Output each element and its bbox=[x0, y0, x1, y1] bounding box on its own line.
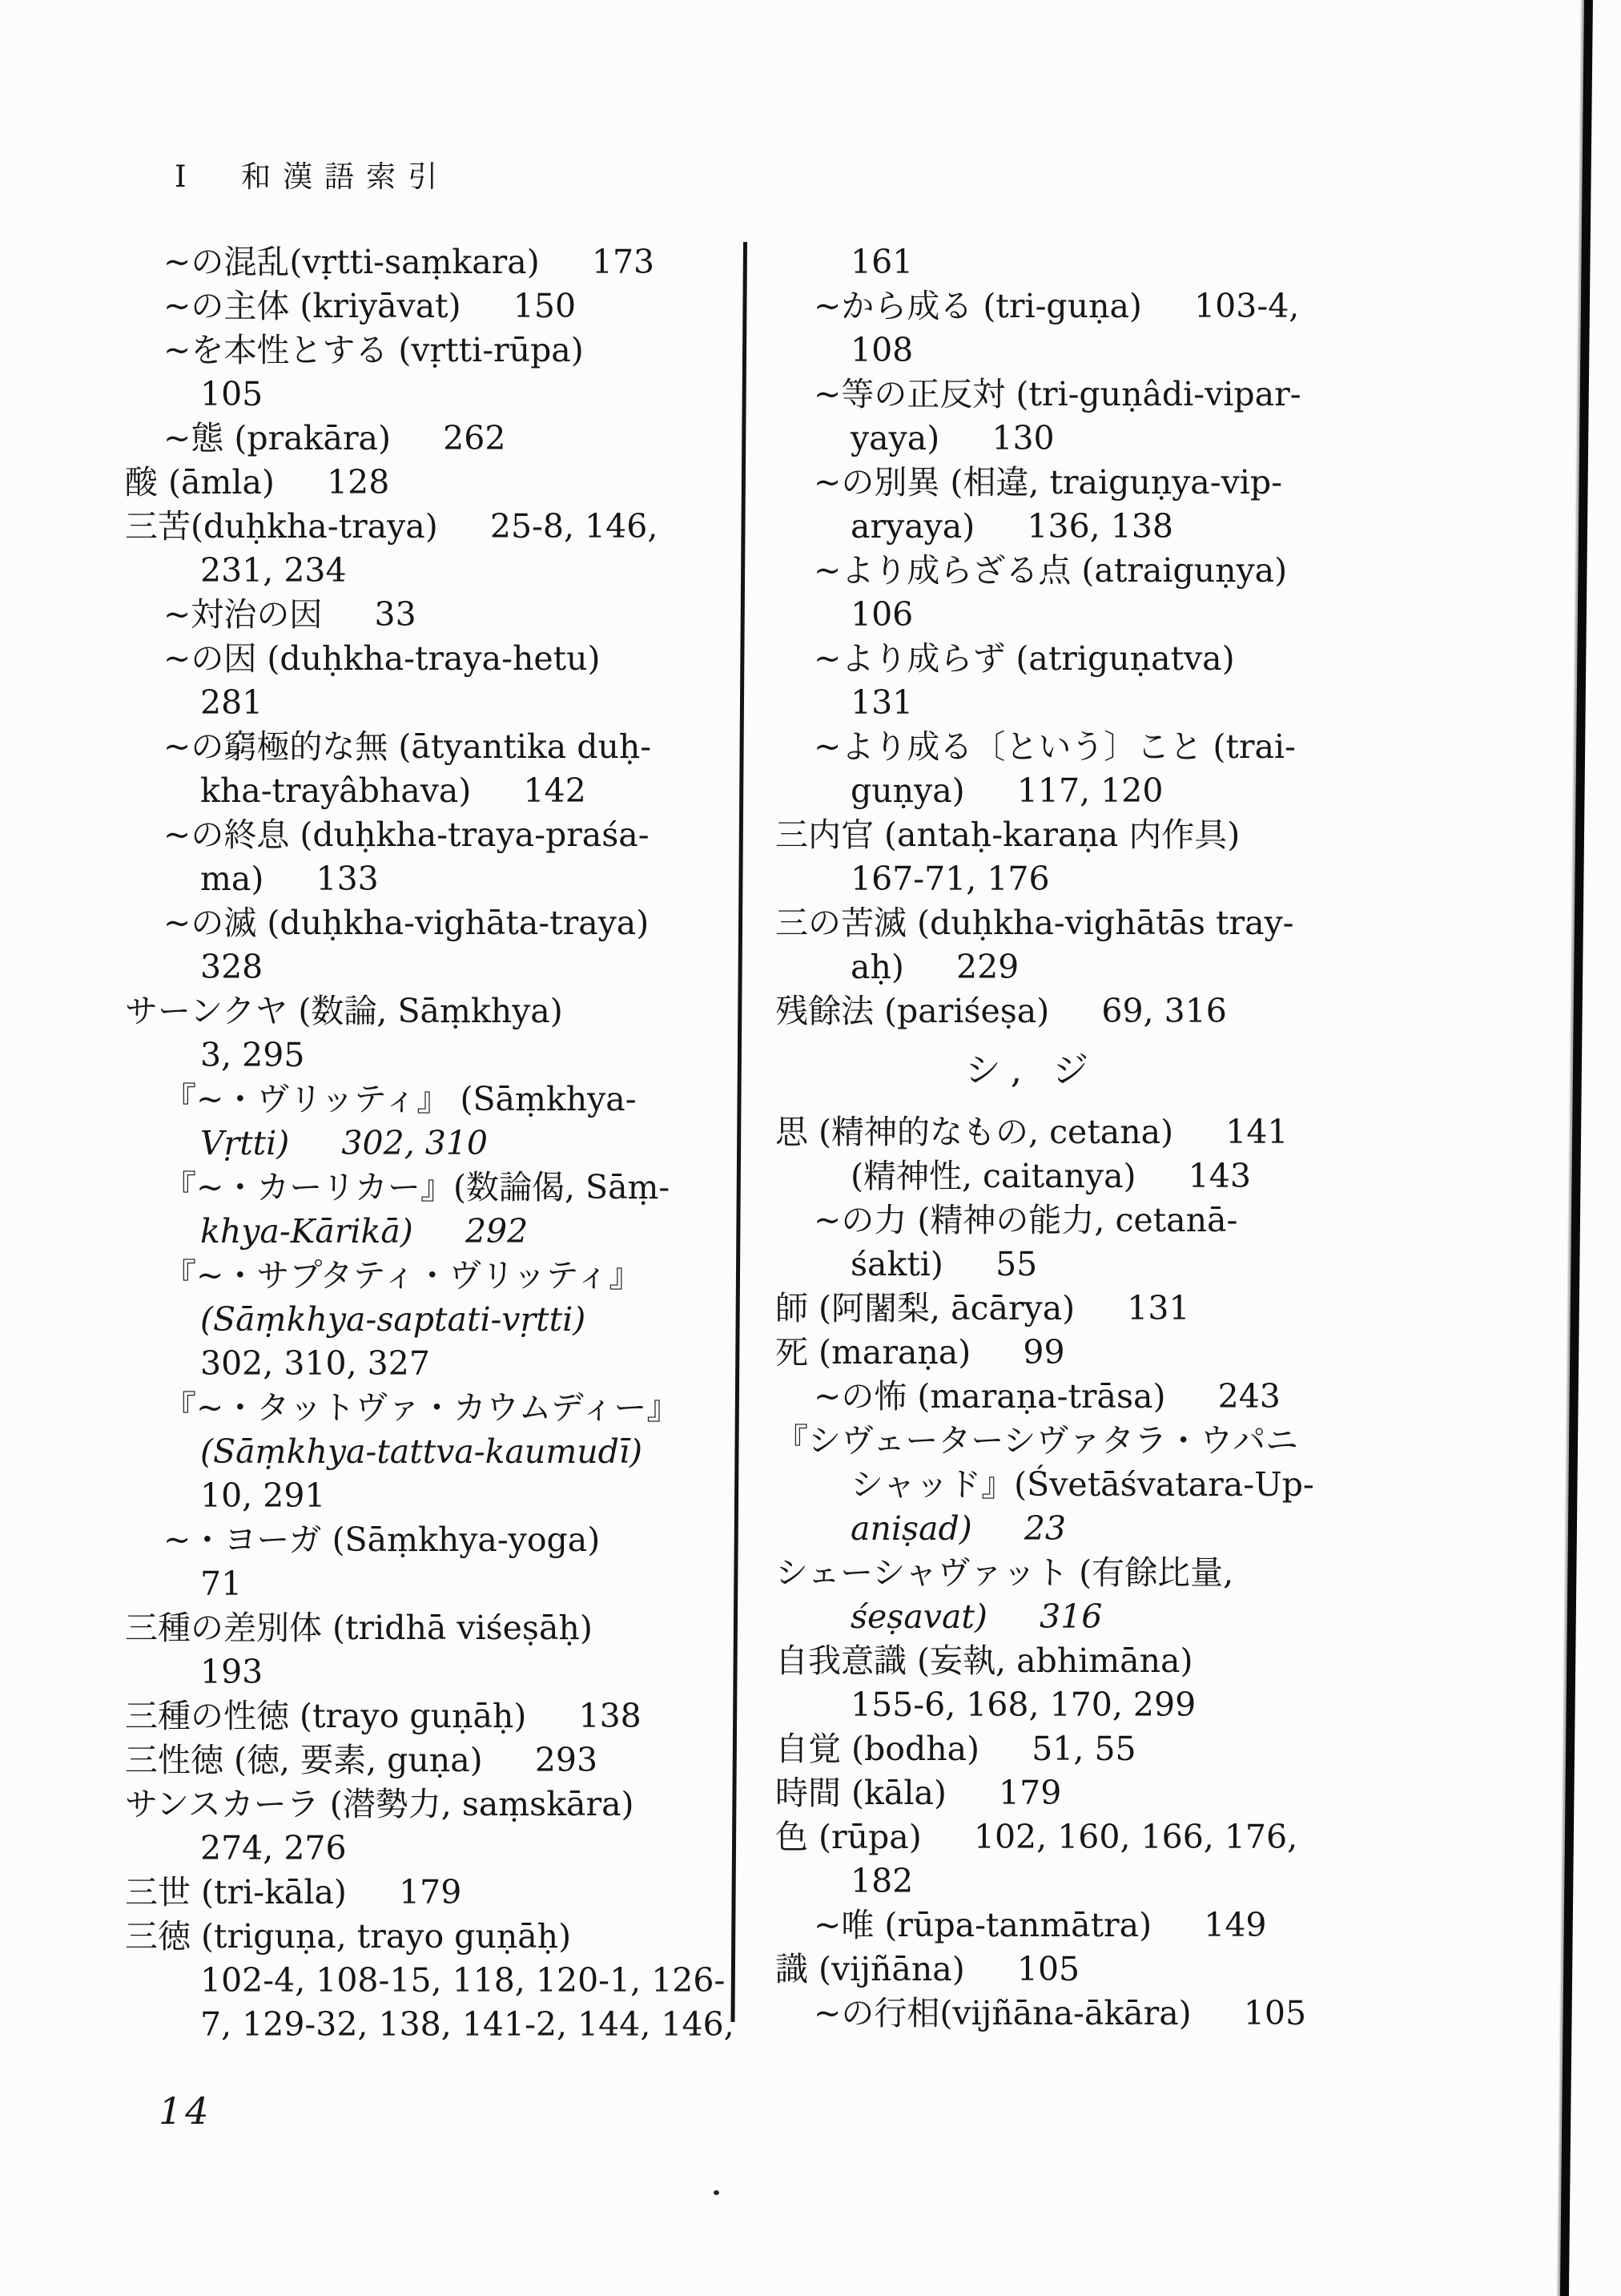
index-entry-line: 106 bbox=[775, 593, 1496, 637]
index-entry-line: ~から成る (tri-guṇa) 103-4, bbox=[775, 284, 1496, 328]
index-entry-line: 167-71, 176 bbox=[775, 857, 1496, 901]
index-entry-line: 三の苦滅 (duḥkha-vighātās tray- bbox=[775, 901, 1496, 945]
index-entry-line: 酸 (āmla) 128 bbox=[125, 461, 766, 505]
index-entry-line: kha-trayâbhava) 142 bbox=[125, 769, 766, 813]
index-entry-line: シャッド』(Śvetāśvatara-Up- bbox=[775, 1463, 1496, 1507]
scanned-index-page: { "page_header": "I 和漢語索引", "page_number… bbox=[0, 0, 1621, 2296]
index-entry-line: ~等の正反対 (tri-guṇâdi-vipar- bbox=[775, 373, 1496, 417]
index-entry-line: 7, 129-32, 138, 141-2, 144, 146, bbox=[125, 2003, 766, 2047]
index-entry-line: ~より成らず (atriguṇatva) bbox=[775, 637, 1496, 681]
index-entry-line: ~の主体 (kriyāvat) 150 bbox=[125, 284, 766, 328]
index-entry-line: ~の窮極的な無 (ātyantika duḥ- bbox=[125, 725, 766, 769]
index-entry-line: サンスカーラ (潜勢力, saṃskāra) bbox=[125, 1782, 766, 1827]
index-entry-line: ~より成る〔という〕こと (trai- bbox=[775, 725, 1496, 769]
index-entry-line: ~唯 (rūpa-tanmātra) 149 bbox=[775, 1903, 1496, 1948]
index-entry-line: 『~・ヴリッティ』 (Sāṃkhya- bbox=[125, 1078, 766, 1122]
index-entry-line: ~の力 (精神の能力, cetanā- bbox=[775, 1198, 1496, 1243]
scan-edge-line bbox=[1560, 0, 1593, 2296]
index-entry-line: 残餘法 (pariśeṣa) 69, 316 bbox=[775, 989, 1496, 1033]
index-entry-line: ~・ヨーガ (Sāṃkhya-yoga) bbox=[125, 1518, 766, 1562]
index-entry-line: ~を本性とする (vṛtti-rūpa) bbox=[125, 328, 766, 373]
index-entry-line: (精神性, caitanya) 143 bbox=[775, 1154, 1496, 1198]
index-entry-line: śeṣavat) 316 bbox=[775, 1595, 1496, 1639]
page-number: 14 bbox=[159, 2089, 212, 2133]
section-header-shi-ji: シ, ジ bbox=[775, 1046, 1288, 1094]
page-header: I 和漢語索引 bbox=[175, 152, 449, 195]
index-entry-line: サーンクヤ (数論, Sāṃkhya) bbox=[125, 989, 766, 1033]
index-entry-line: 231, 234 bbox=[125, 549, 766, 593]
index-entry-line: 自我意識 (妄執, abhimāna) bbox=[775, 1639, 1496, 1683]
index-entry-line: シェーシャヴァット (有餘比量, bbox=[775, 1551, 1496, 1595]
index-entry-line: ~の混乱(vṛtti-saṃkara) 173 bbox=[125, 240, 766, 284]
index-entry-line: 三性徳 (徳, 要素, guṇa) 293 bbox=[125, 1738, 766, 1782]
index-entry-line: ~の終息 (duḥkha-traya-praśa- bbox=[125, 813, 766, 857]
index-entry-line: 71 bbox=[125, 1562, 766, 1606]
index-entry-line: 274, 276 bbox=[125, 1827, 766, 1871]
index-entry-line: aryaya) 136, 138 bbox=[775, 505, 1496, 549]
index-entry-line: 『~・サプタティ・ヴリッティ』 bbox=[125, 1254, 766, 1298]
index-entry-line: 三苦(duḥkha-traya) 25-8, 146, bbox=[125, 505, 766, 549]
index-entry-line: 155-6, 168, 170, 299 bbox=[775, 1683, 1496, 1727]
index-entry-line: ~態 (prakāra) 262 bbox=[125, 417, 766, 461]
index-entry-line: 『シヴェーターシヴァタラ・ウパニ bbox=[775, 1419, 1496, 1463]
index-entry-line: 三内官 (antaḥ-karaṇa 内作具) bbox=[775, 813, 1496, 857]
index-entry-line: 師 (阿闍梨, ācārya) 131 bbox=[775, 1287, 1496, 1331]
index-entry-line: ~対治の因 33 bbox=[125, 593, 766, 637]
index-entry-line: 102-4, 108-15, 118, 120-1, 126- bbox=[125, 1959, 766, 2003]
index-entry-line: aniṣad) 23 bbox=[775, 1507, 1496, 1551]
index-entry-line: ~の別異 (相違, traiguṇya-vip- bbox=[775, 461, 1496, 505]
right-column-top-section: 161~から成る (tri-guṇa) 103-4,108~等の正反対 (tri… bbox=[775, 240, 1496, 1033]
left-column: ~の混乱(vṛtti-saṃkara) 173~の主体 (kriyāvat) 1… bbox=[125, 240, 766, 2047]
index-entry-line: 『~・カーリカー』(数論偈, Sāṃ- bbox=[125, 1166, 766, 1210]
index-entry-line: 時間 (kāla) 179 bbox=[775, 1771, 1496, 1815]
index-entry-line: 131 bbox=[775, 681, 1496, 725]
index-entry-line: 10, 291 bbox=[125, 1474, 766, 1518]
index-entry-line: 281 bbox=[125, 681, 766, 725]
index-entry-line: 108 bbox=[775, 328, 1496, 373]
index-entry-line: 105 bbox=[125, 373, 766, 417]
index-entry-line: 識 (vijñāna) 105 bbox=[775, 1948, 1496, 1992]
index-entry-line: 161 bbox=[775, 240, 1496, 284]
index-entry-line: ~の行相(vijñāna-ākāra) 105 bbox=[775, 1992, 1496, 2036]
index-entry-line: guṇya) 117, 120 bbox=[775, 769, 1496, 813]
index-entry-line: śakti) 55 bbox=[775, 1243, 1496, 1287]
index-entry-line: 思 (精神的なもの, cetana) 141 bbox=[775, 1110, 1496, 1154]
index-entry-line: 色 (rūpa) 102, 160, 166, 176, bbox=[775, 1815, 1496, 1859]
index-entry-line: yaya) 130 bbox=[775, 417, 1496, 461]
index-entry-line: (Sāṃkhya-tattva-kaumudī) bbox=[125, 1430, 766, 1474]
index-entry-line: 三種の性徳 (trayo guṇāḥ) 138 bbox=[125, 1694, 766, 1738]
index-entry-line: 328 bbox=[125, 945, 766, 989]
index-entry-line: Vṛtti) 302, 310 bbox=[125, 1122, 766, 1166]
index-entry-line: ~の怖 (maraṇa-trāsa) 243 bbox=[775, 1375, 1496, 1419]
index-entry-line: 三徳 (triguṇa, trayo guṇāḥ) bbox=[125, 1915, 766, 1959]
right-column: 161~から成る (tri-guṇa) 103-4,108~等の正反対 (tri… bbox=[775, 240, 1496, 2036]
index-entry-line: 193 bbox=[125, 1650, 766, 1694]
index-entry-line: (Sāṃkhya-saptati-vṛtti) bbox=[125, 1298, 766, 1342]
index-entry-line: 三種の差別体 (tridhā viśeṣāḥ) bbox=[125, 1606, 766, 1650]
index-entry-line: 三世 (tri-kāla) 179 bbox=[125, 1871, 766, 1915]
index-entry-line: ~より成らざる点 (atraiguṇya) bbox=[775, 549, 1496, 593]
index-entry-line: ma) 133 bbox=[125, 857, 766, 901]
index-entry-line: khya-Kārikā) 292 bbox=[125, 1210, 766, 1254]
index-entry-line: ~の因 (duḥkha-traya-hetu) bbox=[125, 637, 766, 681]
index-entry-line: 死 (maraṇa) 99 bbox=[775, 1331, 1496, 1375]
index-entry-line: 3, 295 bbox=[125, 1033, 766, 1078]
index-entry-line: 自覚 (bodha) 51, 55 bbox=[775, 1727, 1496, 1771]
ink-speck bbox=[714, 2190, 719, 2195]
index-entry-line: 『~・タットヴァ・カウムディー』 bbox=[125, 1386, 766, 1430]
index-entry-line: 302, 310, 327 bbox=[125, 1342, 766, 1386]
index-entry-line: 182 bbox=[775, 1859, 1496, 1903]
right-column-bottom-section: 思 (精神的なもの, cetana) 141(精神性, caitanya) 14… bbox=[775, 1110, 1496, 2036]
index-entry-line: aḥ) 229 bbox=[775, 945, 1496, 989]
index-entry-line: ~の滅 (duḥkha-vighāta-traya) bbox=[125, 901, 766, 945]
